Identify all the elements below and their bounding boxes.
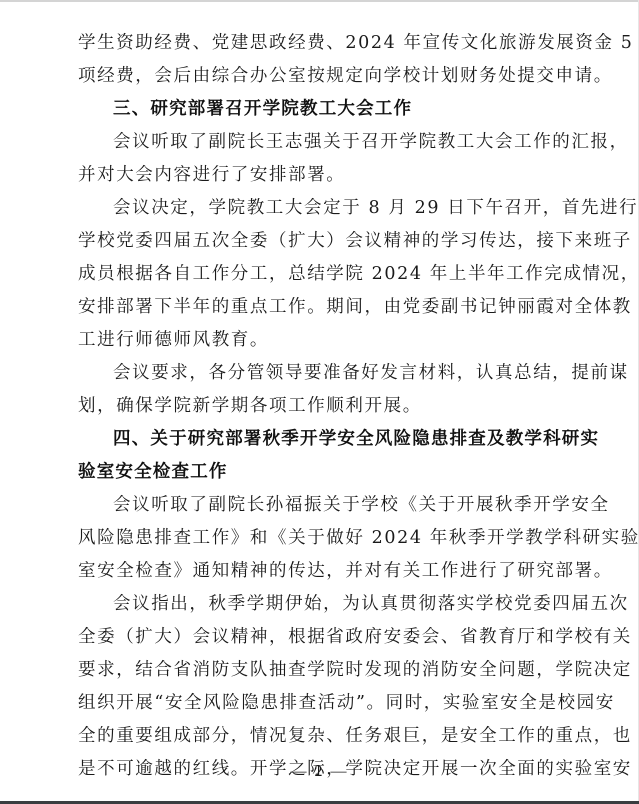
heading-text: 验室安全检查工作 (78, 462, 228, 482)
text-line-19: 全委（扩大）会议精神，根据省政府安委会、省教育厅和学校有关 (78, 621, 564, 654)
text-line-10: 工进行师德师风教育。 (78, 324, 564, 357)
section-heading-4-line-1: 四、关于研究部署秋季开学安全风险隐患排查及教学科研实 (78, 423, 564, 456)
line-text: 会议听取了副院长王志强关于召开学院教工大会工作的汇报， (113, 132, 629, 152)
text-line-1: 学生资助经费、党建思政经费、2024 年宣传文化旅游发展资金 5 (78, 27, 564, 60)
line-text: 会议听取了副院长孙福振关于学校《关于开展秋季开学安全 (113, 495, 610, 515)
line-text: 室安全检查》通知精神的传达，并对有关工作进行了研究部署。 (78, 561, 613, 581)
page-top-border (0, 0, 639, 2)
text-line-5: 并对大会内容进行了安排部署。 (78, 159, 564, 192)
text-line-6: 会议决定，学院教工大会定于 8 月 29 日下午召开，首先进行 (78, 192, 564, 225)
text-line-21: 组织开展“安全风险隐患排查活动”。同时，实验室安全是校园安 (78, 687, 564, 720)
text-line-15: 会议听取了副院长孙福振关于学校《关于开展秋季开学安全 (78, 489, 564, 522)
text-line-4: 会议听取了副院长王志强关于召开学院教工大会工作的汇报， (78, 126, 564, 159)
document-page-body: 学生资助经费、党建思政经费、2024 年宣传文化旅游发展资金 5 项经费，会后由… (78, 27, 564, 786)
text-line-22: 全的重要组成部分，情况复杂、任务艰巨，是安全工作的重点，也 (78, 720, 564, 753)
line-text: 要求，结合省消防支队抽查学院时发现的消防安全问题，学院决定 (78, 660, 632, 680)
line-text: 会议要求，各分管领导要准备好发言材料，认真总结，提前谋 (113, 363, 629, 383)
text-line-7: 学校党委四届五次全委（扩大）会议精神的学习传达，接下来班子 (78, 225, 564, 258)
line-text: 会议决定，学院教工大会定于 8 月 29 日下午召开，首先进行 (113, 198, 638, 218)
text-line-12: 划，确保学院新学期各项工作顺利开展。 (78, 390, 564, 423)
section-heading-4-line-2: 验室安全检查工作 (78, 456, 564, 489)
text-line-2: 项经费，会后由综合办公室按规定向学校计划财务处提交申请。 (78, 60, 564, 93)
line-text: 全委（扩大）会议精神，根据省政府安委会、省教育厅和学校有关 (78, 627, 632, 647)
heading-text: 三、研究部署召开学院教工大会工作 (113, 99, 412, 119)
text-line-20: 要求，结合省消防支队抽查学院时发现的消防安全问题，学院决定 (78, 654, 564, 687)
line-text: 会议指出，秋季学期伊始，为认真贯彻落实学校党委四届五次 (113, 594, 629, 614)
text-line-18: 会议指出，秋季学期伊始，为认真贯彻落实学校党委四届五次 (78, 588, 564, 621)
text-line-16: 风险隐患排查工作》和《关于做好 2024 年秋季开学教学科研实验 (78, 522, 564, 555)
line-text: 并对大会内容进行了安排部署。 (78, 165, 345, 185)
text-line-8: 成员根据各自工作分工，总结学院 2024 年上半年工作完成情况， (78, 258, 564, 291)
line-text: 全的重要组成部分，情况复杂、任务艰巨，是安全工作的重点，也 (78, 726, 632, 746)
line-text: 风险隐患排查工作》和《关于做好 2024 年秋季开学教学科研实验 (78, 528, 639, 548)
line-text: 项经费，会后由综合办公室按规定向学校计划财务处提交申请。 (78, 66, 613, 86)
heading-text: 四、关于研究部署秋季开学安全风险隐患排查及教学科研实 (113, 429, 599, 449)
line-text: 学校党委四届五次全委（扩大）会议精神的学习传达，接下来班子 (78, 231, 632, 251)
text-line-17: 室安全检查》通知精神的传达，并对有关工作进行了研究部署。 (78, 555, 564, 588)
line-text: 组织开展“安全风险隐患排查活动”。同时，实验室安全是校园安 (78, 693, 615, 713)
line-text: 划，确保学院新学期各项工作顺利开展。 (78, 396, 422, 416)
line-text: 学生资助经费、党建思政经费、2024 年宣传文化旅游发展资金 5 (78, 33, 634, 53)
line-text: 安排部署下半年的重点工作。期间，由党委副书记钟丽霞对全体教 (78, 297, 632, 317)
line-text: 成员根据各自工作分工，总结学院 2024 年上半年工作完成情况， (78, 264, 639, 284)
line-text: 工进行师德师风教育。 (78, 330, 269, 350)
page-number: — 2 — (0, 763, 639, 781)
section-heading-3: 三、研究部署召开学院教工大会工作 (78, 93, 564, 126)
text-line-9: 安排部署下半年的重点工作。期间，由党委副书记钟丽霞对全体教 (78, 291, 564, 324)
text-line-11: 会议要求，各分管领导要准备好发言材料，认真总结，提前谋 (78, 357, 564, 390)
